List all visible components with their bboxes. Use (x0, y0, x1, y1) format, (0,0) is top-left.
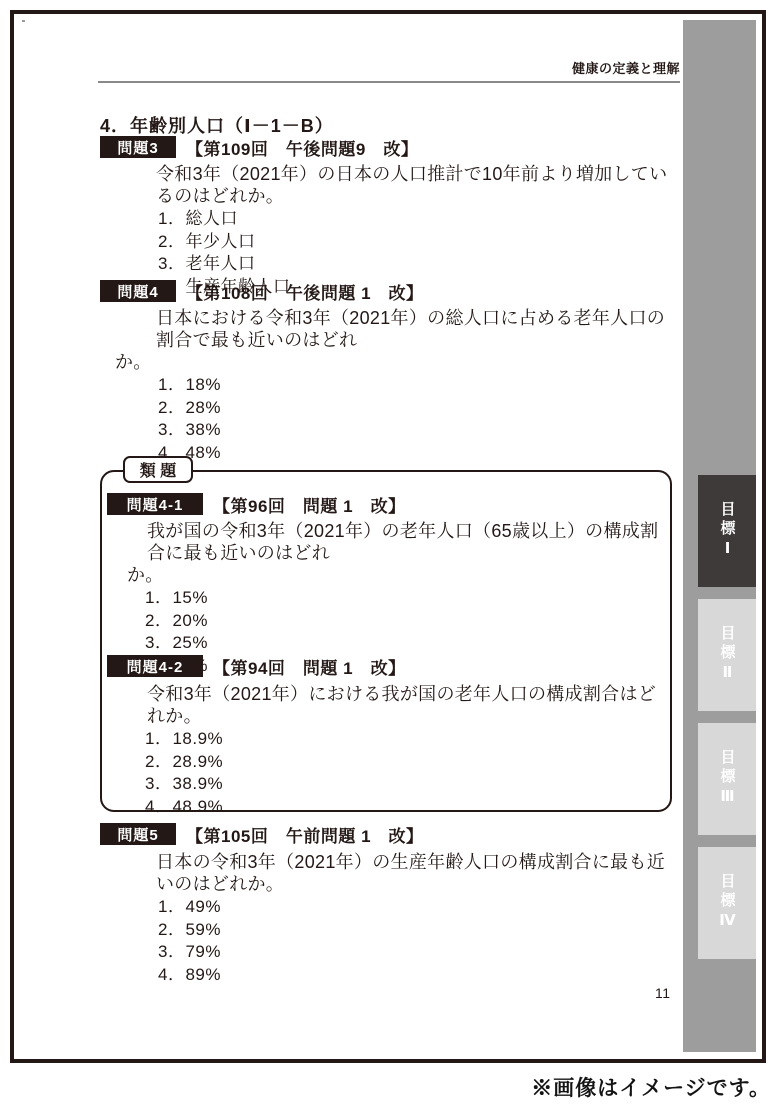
tab-mokuhyo-2-label: 目標Ⅱ (717, 625, 738, 685)
problem-4-options: 1．18% 2．28% 3．38% 4．48% (100, 374, 675, 464)
book-page: 健康の定義と理解 4．年齢別人口（Ⅰ－1－B） 問題3 【第109回 午後問題9… (10, 10, 766, 1063)
problem-5-block: 問題5 【第105回 午前問題 1 改】 日本の令和3年（2021年）の生産年齢… (100, 823, 675, 986)
tab-mokuhyo-3[interactable]: 目標Ⅲ (698, 723, 756, 835)
problem-4-2-header: 問題4-2 【第94回 問題 1 改】 (107, 655, 662, 677)
answer-option: 1．総人口 (100, 208, 675, 231)
answer-option: 3．老年人口 (100, 253, 675, 276)
tab-mokuhyo-1-label: 目標Ⅰ (717, 501, 738, 561)
answer-option: 3．79% (100, 941, 675, 964)
problem-5-header: 問題5 【第105回 午前問題 1 改】 (100, 823, 675, 845)
problem-4-1-header: 問題4-1 【第96回 問題 1 改】 (107, 493, 662, 515)
problem-3-question: 令和3年（2021年）の日本の人口推計で10年前より増加しているのはどれか。 (100, 163, 675, 207)
problem-5-source: 【第105回 午前問題 1 改】 (186, 822, 424, 847)
problem-5-badge: 問題5 (100, 823, 176, 845)
problem-4-source: 【第108回 午後問題 1 改】 (186, 279, 424, 304)
answer-option: 4．89% (100, 964, 675, 987)
problem-4-1-block: 問題4-1 【第96回 問題 1 改】 我が国の令和3年（2021年）の老年人口… (107, 493, 662, 677)
tab-mokuhyo-2[interactable]: 目標Ⅱ (698, 599, 756, 711)
answer-option: 3．38.9% (107, 773, 662, 796)
problem-4-1-source: 【第96回 問題 1 改】 (213, 492, 406, 517)
problem-4-2-badge: 問題4-2 (107, 655, 203, 677)
answer-option: 1．18% (100, 374, 675, 397)
scan-speck (22, 20, 25, 22)
image-disclaimer-note: ※画像はイメージです。 (531, 1072, 771, 1102)
answer-option: 2．年少人口 (100, 231, 675, 254)
tab-mokuhyo-4-label: 目標Ⅳ (717, 873, 738, 933)
problem-4-1-question-continued: か。 (107, 564, 662, 586)
running-head: 健康の定義と理解 (572, 58, 680, 77)
similar-questions-tab: 類 題 (123, 456, 193, 483)
answer-option: 2．59% (100, 919, 675, 942)
answer-option: 1．49% (100, 896, 675, 919)
tab-mokuhyo-3-label: 目標Ⅲ (717, 749, 738, 809)
problem-3-block: 問題3 【第109回 午後問題9 改】 令和3年（2021年）の日本の人口推計で… (100, 136, 675, 298)
problem-4-1-question: 我が国の令和3年（2021年）の老年人口（65歳以上）の構成割合に最も近いのはど… (107, 520, 662, 564)
page-number: 11 (655, 985, 671, 1001)
problem-4-question-continued: か。 (100, 351, 675, 373)
answer-option: 1．18.9% (107, 728, 662, 751)
index-tab-rail: 目標Ⅰ 目標Ⅱ 目標Ⅲ 目標Ⅳ (683, 20, 756, 1052)
header-rule (98, 81, 680, 83)
problem-4-header: 問題4 【第108回 午後問題 1 改】 (100, 280, 675, 302)
problem-4-2-options: 1．18.9% 2．28.9% 3．38.9% 4．48.9% (107, 728, 662, 818)
problem-4-badge: 問題4 (100, 280, 176, 302)
tab-mokuhyo-4[interactable]: 目標Ⅳ (698, 847, 756, 959)
problem-4-1-badge: 問題4-1 (107, 493, 203, 515)
answer-option: 2．28% (100, 397, 675, 420)
answer-option: 3．25% (107, 632, 662, 655)
answer-option: 2．28.9% (107, 751, 662, 774)
problem-4-question: 日本における令和3年（2021年）の総人口に占める老年人口の割合で最も近いのはど… (100, 307, 675, 351)
problem-3-badge: 問題3 (100, 136, 176, 158)
problem-4-2-block: 問題4-2 【第94回 問題 1 改】 令和3年（2021年）における我が国の老… (107, 655, 662, 818)
answer-option: 3．38% (100, 419, 675, 442)
answer-option: 1．15% (107, 587, 662, 610)
problem-3-header: 問題3 【第109回 午後問題9 改】 (100, 136, 675, 158)
problem-5-options: 1．49% 2．59% 3．79% 4．89% (100, 896, 675, 986)
problem-4-2-source: 【第94回 問題 1 改】 (213, 654, 406, 679)
tab-mokuhyo-1[interactable]: 目標Ⅰ (698, 475, 756, 587)
answer-option: 4．48.9% (107, 796, 662, 819)
answer-option: 2．20% (107, 610, 662, 633)
problem-5-question: 日本の令和3年（2021年）の生産年齢人口の構成割合に最も近いのはどれか。 (100, 851, 675, 895)
problem-4-2-question: 令和3年（2021年）における我が国の老年人口の構成割合はどれか。 (107, 683, 662, 727)
problem-4-block: 問題4 【第108回 午後問題 1 改】 日本における令和3年（2021年）の総… (100, 280, 675, 464)
problem-3-source: 【第109回 午後問題9 改】 (186, 135, 418, 160)
